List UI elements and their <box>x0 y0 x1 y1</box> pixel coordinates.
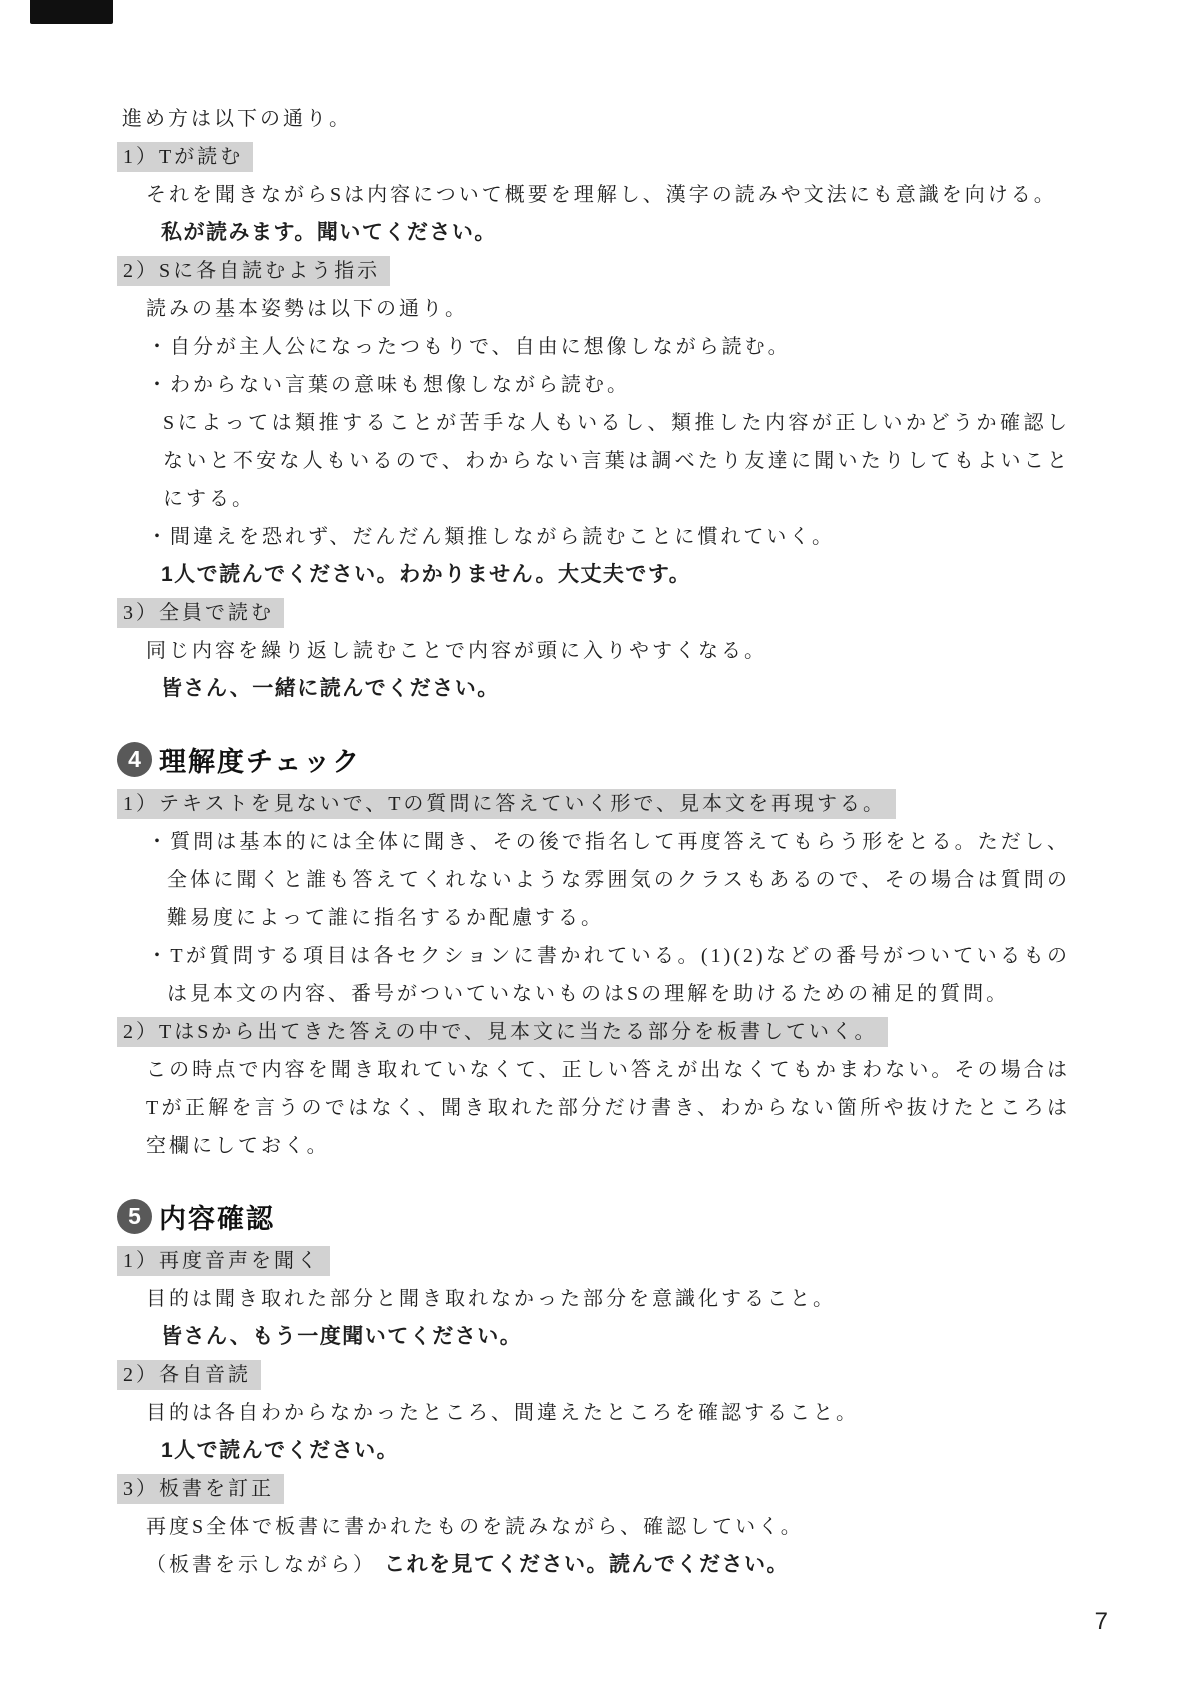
section5-step3-teacher-script: これを見てください。読んでください。 <box>384 1553 789 1576</box>
section5-step2-row: 2）各自音読 <box>117 1356 1070 1394</box>
step3-teacher-script: 皆さん、一緒に読んでください。 <box>161 670 1070 708</box>
section5-step3-heading: 3）板書を訂正 <box>117 1474 284 1504</box>
step2-bullet-2: ・わからない言葉の意味も想像しながら読む。 <box>147 366 1070 404</box>
section5-step1-row: 1）再度音声を聞く <box>117 1242 1070 1280</box>
step2-bullet-3: ・間違えを恐れず、だんだん類推しながら読むことに慣れていく。 <box>147 518 1070 556</box>
section5-step3-script-line: （板書を示しながら）これを見てください。読んでください。 <box>146 1546 1070 1584</box>
section5-step1-heading: 1）再度音声を聞く <box>117 1246 330 1276</box>
section4-step2-row: 2）TはSから出てきた答えの中で、見本文に当たる部分を板書していく。 <box>117 1013 1070 1051</box>
section5-heading: 5 内容確認 <box>117 1197 1070 1236</box>
section4-step2-heading: 2）TはSから出てきた答えの中で、見本文に当たる部分を板書していく。 <box>117 1017 888 1047</box>
page-number: 7 <box>1095 1608 1108 1636</box>
step1-body: それを聞きながらSは内容について概要を理解し、漢字の読みや文法にも意識を向ける。 <box>146 176 1070 214</box>
step2-bullet-1: ・自分が主人公になったつもりで、自由に想像しながら読む。 <box>147 328 1070 366</box>
section4-number-badge: 4 <box>117 742 152 777</box>
section5-step2-heading: 2）各自音読 <box>117 1360 261 1390</box>
step2-row: 2）Sに各自読むよう指示 <box>117 252 1070 290</box>
section5-step3-body: 再度S全体で板書に書かれたものを読みながら、確認していく。 <box>146 1508 1070 1546</box>
step3-heading: 3）全員で読む <box>117 598 284 628</box>
step2-heading: 2）Sに各自読むよう指示 <box>117 256 390 286</box>
step2-bullet-2-note: Sによっては類推することが苦手な人もいるし、類推した内容が正しいかどうか確認しな… <box>163 404 1070 518</box>
page-body: 進め方は以下の通り。 1）Tが読む それを聞きながらSは内容について概要を理解し… <box>117 100 1070 1584</box>
step2-body: 読みの基本姿勢は以下の通り。 <box>146 290 1070 328</box>
section5-number-badge: 5 <box>117 1199 152 1234</box>
step3-body: 同じ内容を繰り返し読むことで内容が頭に入りやすくなる。 <box>146 632 1070 670</box>
step1-teacher-script: 私が読みます。聞いてください。 <box>161 214 1070 252</box>
section4-step1-heading: 1）テキストを見ないで、Tの質問に答えていく形で、見本文を再現する。 <box>117 789 896 819</box>
section5-step1-teacher-script: 皆さん、もう一度聞いてください。 <box>161 1318 1070 1356</box>
step2-teacher-script: 1人で読んでください。わかりません。大丈夫です。 <box>161 556 1070 594</box>
step3-row: 3）全員で読む <box>117 594 1070 632</box>
section4-step1-bullet-2: ・Tが質問する項目は各セクションに書かれている。(1)(2)などの番号がついてい… <box>147 937 1070 1013</box>
section4-step2-body: この時点で内容を聞き取れていなくて、正しい答えが出なくてもかまわない。その場合は… <box>146 1051 1070 1165</box>
section4-step1-row: 1）テキストを見ないで、Tの質問に答えていく形で、見本文を再現する。 <box>117 785 1070 823</box>
section5-step3-script-prefix: （板書を示しながら） <box>146 1554 376 1576</box>
section4-title: 理解度チェック <box>159 740 361 779</box>
section5-title: 内容確認 <box>159 1197 275 1236</box>
section5-step3-row: 3）板書を訂正 <box>117 1470 1070 1508</box>
section4-step1-bullet-1: ・質問は基本的には全体に聞き、その後で指名して再度答えてもらう形をとる。ただし、… <box>147 823 1070 937</box>
section4-heading: 4 理解度チェック <box>117 740 1070 779</box>
step1-row: 1）Tが読む <box>117 138 1070 176</box>
section5-step1-body: 目的は聞き取れた部分と聞き取れなかった部分を意識化すること。 <box>146 1280 1070 1318</box>
page-corner-mark <box>30 0 113 24</box>
intro-text: 進め方は以下の通り。 <box>122 100 1070 138</box>
section5-step2-teacher-script: 1人で読んでください。 <box>161 1432 1070 1470</box>
section5-step2-body: 目的は各自わからなかったところ、間違えたところを確認すること。 <box>146 1394 1070 1432</box>
step1-heading: 1）Tが読む <box>117 142 253 172</box>
